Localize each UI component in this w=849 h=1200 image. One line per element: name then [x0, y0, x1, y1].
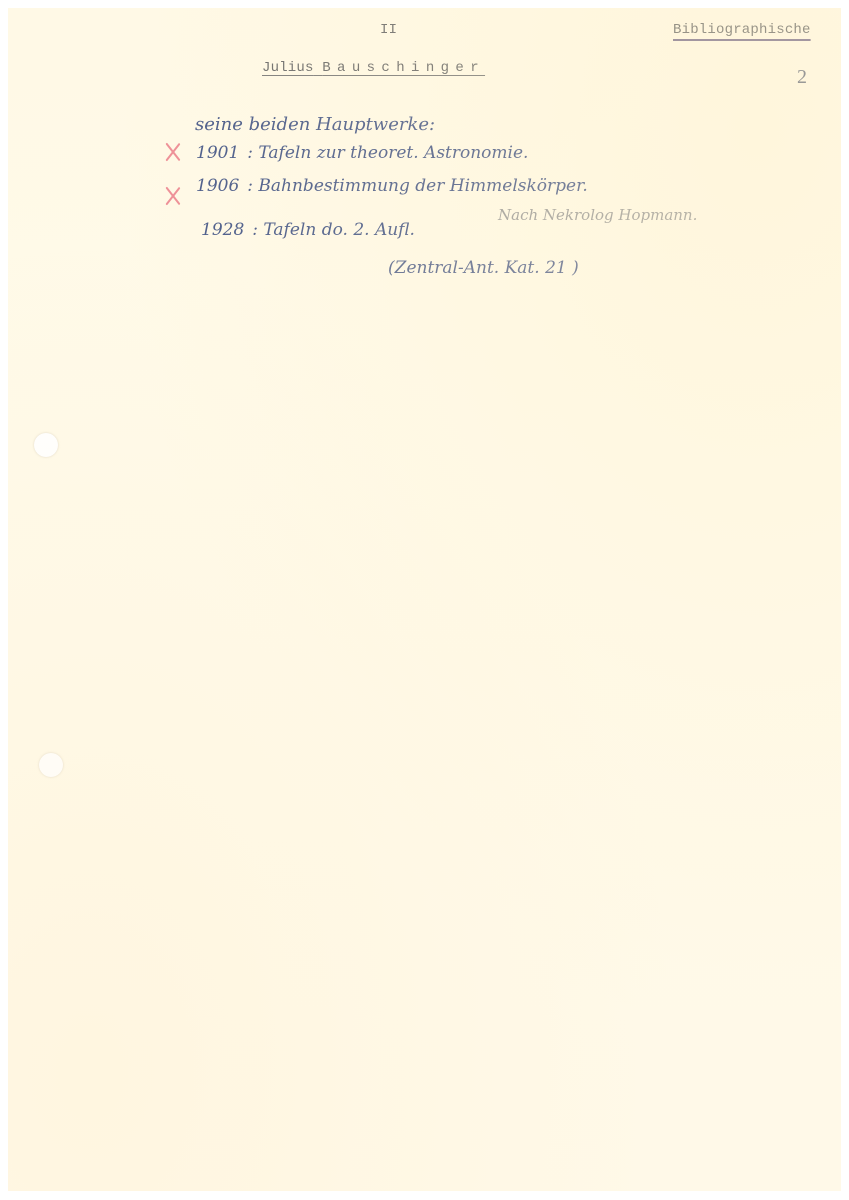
entry-separator: : — [247, 143, 253, 163]
entry-separator: : — [252, 220, 258, 240]
subject-last-name: Bauschinger — [322, 60, 485, 76]
page-number: 2 — [797, 66, 807, 89]
entry-title: Tafeln zur theoret. Astronomie. — [258, 143, 528, 163]
entry-year: 1928 — [201, 220, 244, 240]
category-label: Bibliographische — [673, 22, 811, 38]
entry-title: Tafeln do. 2. Aufl. — [263, 220, 415, 240]
entry-year: 1906 — [196, 176, 239, 196]
punch-hole — [39, 753, 63, 777]
catalog-reference: (Zentral-Ant. Kat. 21 ) — [388, 258, 579, 278]
red-cross-icon — [164, 143, 182, 161]
pencil-note: Nach Nekrolog Hopmann. — [498, 206, 697, 224]
entry-separator: : — [247, 176, 253, 196]
bibliography-entry: 1906: Bahnbestimmung der Himmelskörper. — [196, 176, 588, 196]
entry-year: 1901 — [196, 143, 239, 163]
section-numeral: II — [380, 22, 397, 38]
entry-title: Bahnbestimmung der Himmelskörper. — [258, 176, 587, 196]
subject-first-name: Julius — [262, 60, 314, 76]
bibliography-entry: 1928: Tafeln do. 2. Aufl. — [201, 220, 415, 240]
subject-name: Julius Bauschinger — [262, 60, 485, 76]
bibliography-entry: 1901: Tafeln zur theoret. Astronomie. — [196, 143, 528, 163]
red-cross-icon — [164, 187, 182, 205]
intro-line: seine beiden Hauptwerke: — [195, 114, 435, 135]
document-page: II Julius Bauschinger Bibliographische 2… — [8, 8, 841, 1191]
punch-hole — [34, 433, 58, 457]
